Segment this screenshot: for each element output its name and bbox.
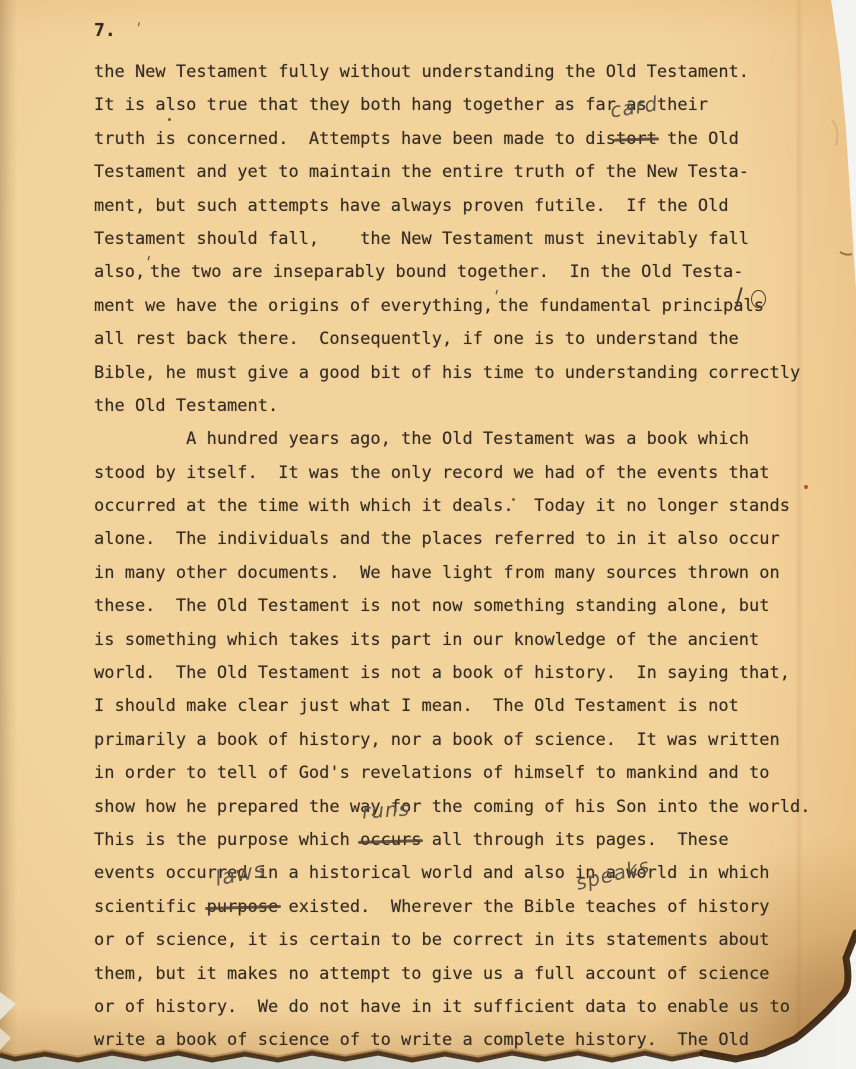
typed-text: in many other documents. We have light f… [94, 563, 780, 583]
typed-text: in order to tell of God's revelations of… [94, 763, 770, 783]
typed-line: ment, but such attempts have always prov… [94, 190, 836, 223]
typed-line: in order to tell of God's revelations of… [94, 757, 836, 790]
typed-text: or of history. We do not have in it suff… [94, 997, 790, 1017]
typed-line: is something which takes its part in our… [94, 624, 836, 657]
typed-text: scientific [94, 897, 207, 917]
typed-line: alone. The individuals and the places re… [94, 523, 836, 556]
typed-line: them, but it makes no attempt to give us… [94, 958, 836, 991]
struck-text: purpose [207, 891, 279, 924]
typed-text: of history [657, 897, 770, 917]
typed-line: This is the purpose which occursruns all… [94, 824, 836, 857]
paper-speck [168, 118, 171, 121]
struck-text: tort [616, 123, 657, 156]
typed-text: Bible, he must give a good bit of his ti… [94, 363, 800, 383]
typed-line: stood by itself. It was the only record … [94, 457, 836, 490]
typed-text: ment we have the origins of everything, [94, 296, 493, 316]
typed-text: Testament should fall, the New Testament… [94, 229, 749, 249]
typed-text: events occurred in a historical world an… [94, 863, 770, 883]
pencil-slashed-char: a [733, 290, 743, 323]
typed-text: Testament and yet to maintain the entire… [94, 162, 749, 182]
typed-text: ment, but such attempts have always prov… [94, 196, 729, 216]
typed-text: A hundred years ago, the Old Testament w… [94, 429, 749, 449]
typed-text: This is the purpose which [94, 830, 360, 850]
edited-word: purposelaws [207, 891, 279, 924]
typed-text: occurred at the time with which it deals… [94, 496, 790, 516]
typed-text: truth is concerned. Attempts have been m… [94, 129, 616, 149]
typed-text: all rest back there. Consequently, if on… [94, 329, 739, 349]
typed-line: or of history. We do not have in it suff… [94, 991, 836, 1024]
typed-line: also,'the two are inseparably bound toge… [94, 256, 836, 289]
typed-line: It is also true that they both hang toge… [94, 89, 836, 122]
typed-line: occurred at the time with which it deals… [94, 490, 836, 523]
typed-text: is something which takes its part in our… [94, 630, 759, 650]
typed-text: existed. Wherever the Bible [278, 897, 585, 917]
typed-text: the fundamental princip [498, 296, 733, 316]
struck-text: occurs [360, 824, 421, 857]
edited-word: occursruns [360, 824, 421, 857]
typed-text: them, but it makes no attempt to give us… [94, 964, 770, 984]
typed-text: write a book of science of to write a co… [94, 1030, 749, 1050]
typed-line: world. The Old Testament is not a book o… [94, 657, 836, 690]
typed-line: I should make clear just what I mean. Th… [94, 690, 836, 723]
typed-line: truth is concerned. Attempts have been m… [94, 123, 836, 156]
typed-line: show how he prepared the way for the com… [94, 791, 836, 824]
typed-line: A hundred years ago, the Old Testament w… [94, 423, 836, 456]
typed-text: or of science, it is certain to be corre… [94, 930, 770, 950]
edited-word: tortcard [616, 123, 657, 156]
typed-text: all through its pages. These [422, 830, 729, 850]
handwritten-correction: card [609, 93, 660, 120]
typed-text: stood by itself. It was the only record … [94, 463, 770, 483]
pencil-circled-char: s [754, 290, 764, 323]
typed-line: ment we have the origins of everything,'… [94, 290, 836, 323]
typed-line: Testament and yet to maintain the entire… [94, 156, 836, 189]
typed-text: alone. The individuals and the places re… [94, 529, 780, 549]
typed-text: the Old [657, 129, 739, 149]
typed-text-block: the New Testament fully without understa… [94, 56, 836, 1058]
page-header: 7.' [94, 20, 140, 41]
typed-text: the New Testament fully without understa… [94, 62, 749, 82]
typed-line: Testament should fall, the New Testament… [94, 223, 836, 256]
typed-line: scientific purposelaws existed. Wherever… [94, 891, 836, 924]
typed-text: the two are inseparably bound together. … [150, 262, 744, 282]
typed-line: the New Testament fully without understa… [94, 56, 836, 89]
page-number: 7. [94, 20, 116, 41]
typed-text: the Old Testament. [94, 396, 278, 416]
typed-line: write a book of science of to write a co… [94, 1024, 836, 1057]
typed-line: in many other documents. We have light f… [94, 557, 836, 590]
typed-text: primarily a book of history, nor a book … [94, 730, 780, 750]
typed-text: also, [94, 262, 145, 282]
typed-text: world. The Old Testament is not a book o… [94, 663, 790, 683]
handwritten-correction: runs [361, 798, 410, 821]
edited-word: teachesspeaks [585, 891, 657, 924]
paper-speck [804, 485, 808, 489]
typed-text: I should make clear just what I mean. Th… [94, 696, 739, 716]
typed-line: primarily a book of history, nor a book … [94, 724, 836, 757]
typed-line: the Old Testament. [94, 390, 836, 423]
typed-line: Bible, he must give a good bit of his ti… [94, 357, 836, 390]
typed-text: these. The Old Testament is not now some… [94, 596, 770, 616]
scanned-document: 7.' the New Testament fully without unde… [0, 0, 856, 1069]
typed-line: these. The Old Testament is not now some… [94, 590, 836, 623]
typed-line: all rest back there. Consequently, if on… [94, 323, 836, 356]
typed-line: or of science, it is certain to be corre… [94, 924, 836, 957]
typed-line: events occurred in a historical world an… [94, 857, 836, 890]
paper-speck [512, 498, 515, 501]
typed-text: show how he prepared the way for the com… [94, 797, 810, 817]
typed-text: teaches [585, 897, 657, 917]
